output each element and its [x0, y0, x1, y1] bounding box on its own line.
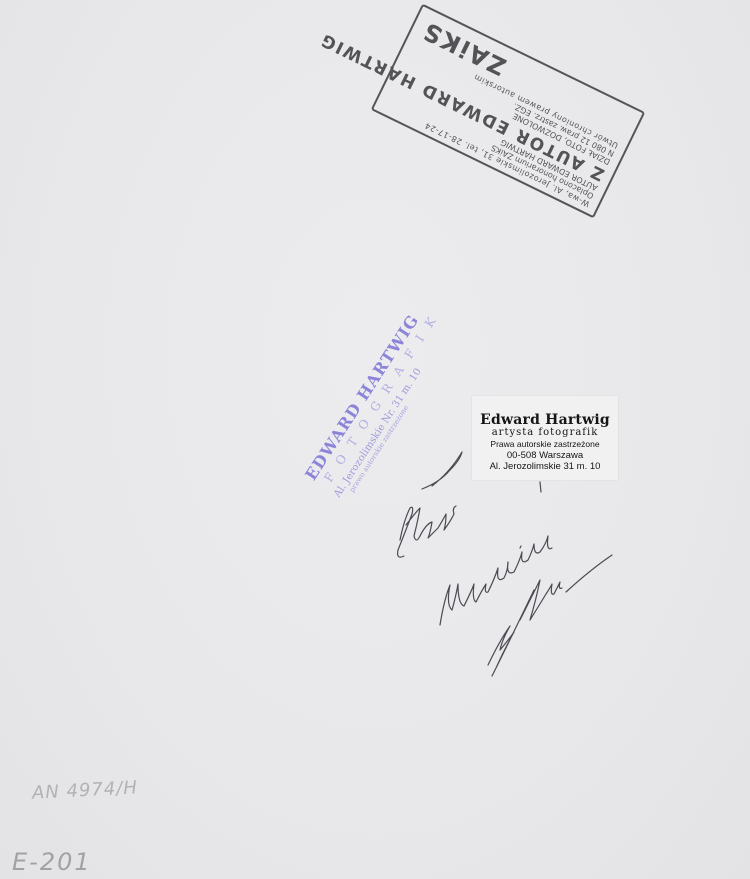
handwriting-layer — [0, 0, 750, 879]
pen-stroke — [422, 452, 462, 489]
handwriting-title — [398, 506, 456, 557]
inventory-code: E-201 — [12, 848, 92, 876]
